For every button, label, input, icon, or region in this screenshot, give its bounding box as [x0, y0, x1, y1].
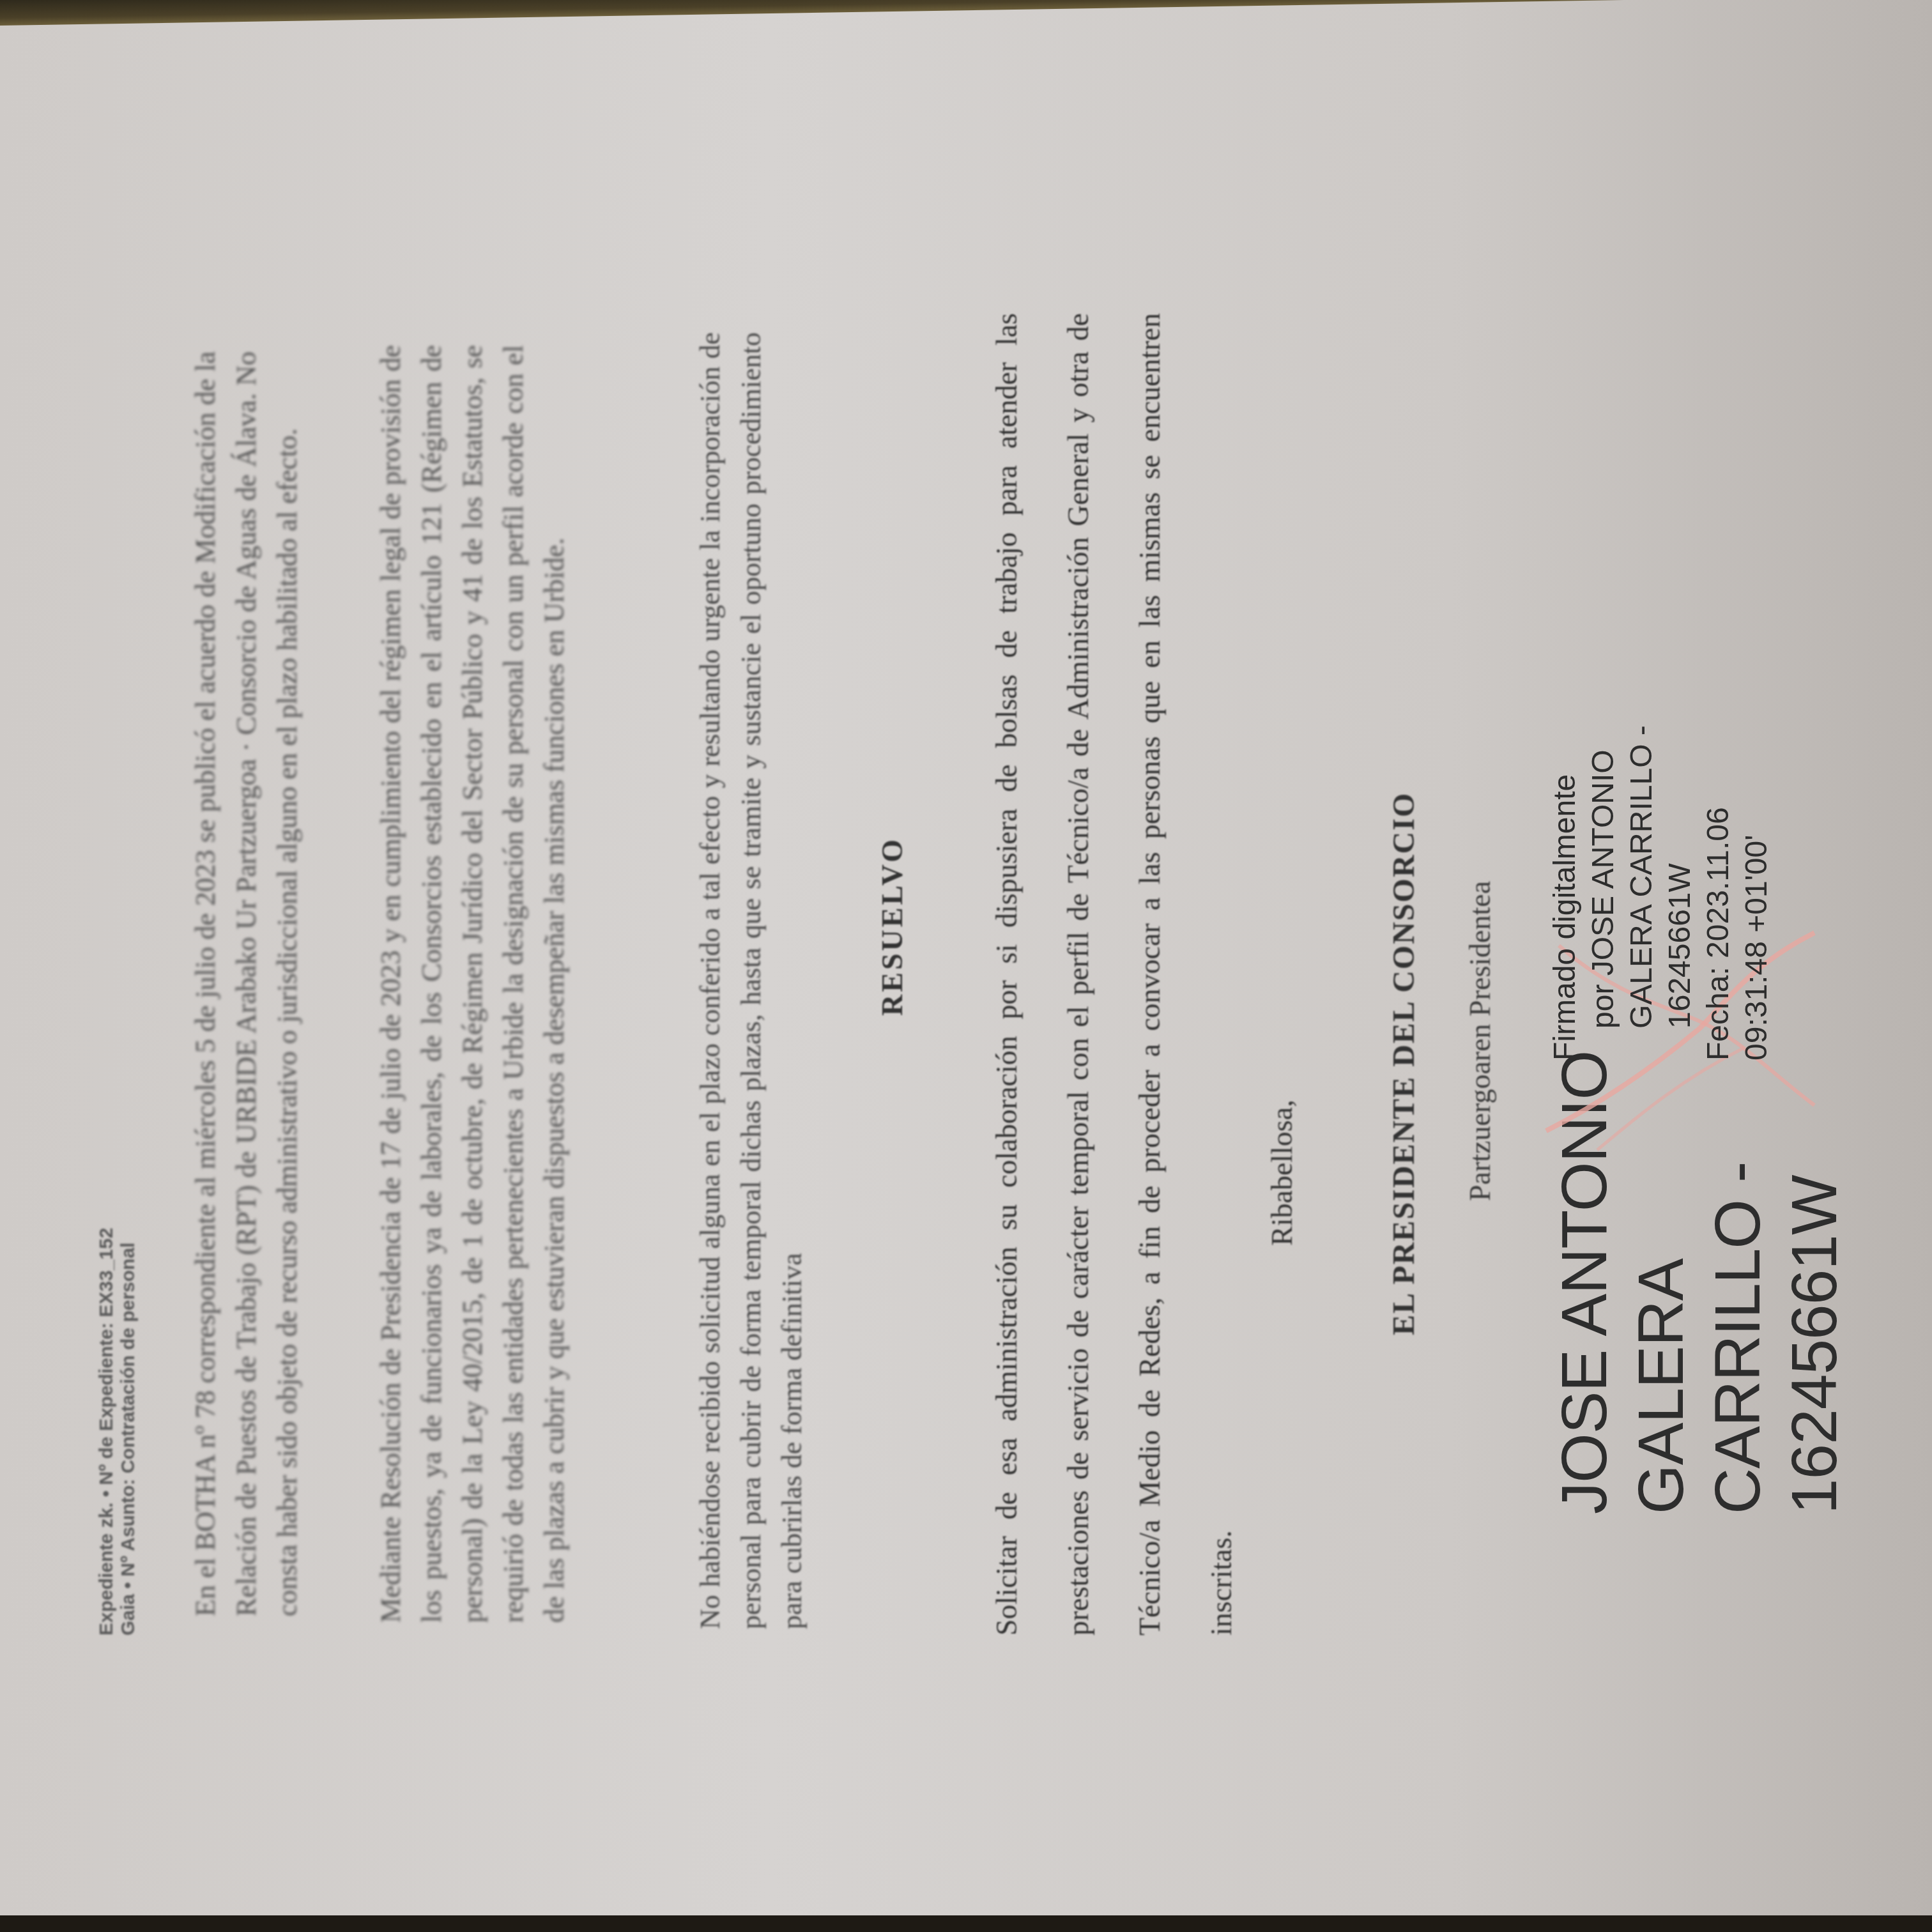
signature-detail-line: 16245661W: [1661, 725, 1699, 1061]
paragraph-resolucion-presidencia: Mediante Resolución de Presidencia de 17…: [371, 345, 575, 1623]
signature-name-line: JOSE ANTONIO: [1546, 1051, 1623, 1514]
signature-detail-line: Fecha: 2023.11.06: [1699, 725, 1738, 1061]
signing-place: Ribabellosa,: [1265, 1100, 1299, 1246]
document-page: Expediente zk. • Nº de Expediente: EX33_…: [51, 89, 1932, 1910]
signature-detail-line: Firmado digitalmente: [1546, 725, 1584, 1061]
signature-detail-line: por JOSE ANTONIO: [1584, 725, 1623, 1061]
resuelvo-heading: RESUELVO: [875, 760, 909, 1016]
signature-name-line: CARRILLO -: [1699, 1051, 1776, 1514]
signature-name-line: GALERA: [1623, 1051, 1699, 1514]
signer-title-basque: Partzuergoaren Presidentea: [1463, 881, 1497, 1201]
signature-name: JOSE ANTONIO GALERA CARRILLO - 16245661W: [1546, 1051, 1853, 1514]
resolution-text: Solicitar de esa administración su colab…: [971, 313, 1257, 1636]
paragraph-botha: En el BOTHA nº 78 correspondiente al mié…: [185, 351, 308, 1616]
signature-detail-line: GALERA CARRILLO -: [1623, 725, 1661, 1061]
digital-signature-details: Firmado digitalmente por JOSE ANTONIO GA…: [1546, 725, 1776, 1061]
signature-name-line: 16245661W: [1776, 1051, 1853, 1514]
signature-detail-line: 09:31:48 +01'00': [1738, 725, 1776, 1061]
header-expediente: Expediente zk. • Nº de Expediente: EX33_…: [96, 1228, 118, 1636]
paragraph-no-habiendose: No habiéndose recibido solicitud alguna …: [690, 332, 813, 1629]
document-header: Expediente zk. • Nº de Expediente: EX33_…: [96, 1228, 139, 1636]
table-edge-bottom: [0, 1915, 1932, 1932]
header-asunto: Gaia • Nº Asunto: Contratación de person…: [118, 1228, 139, 1636]
signer-title: EL PRESIDENTE DEL CONSORCIO: [1386, 792, 1422, 1335]
